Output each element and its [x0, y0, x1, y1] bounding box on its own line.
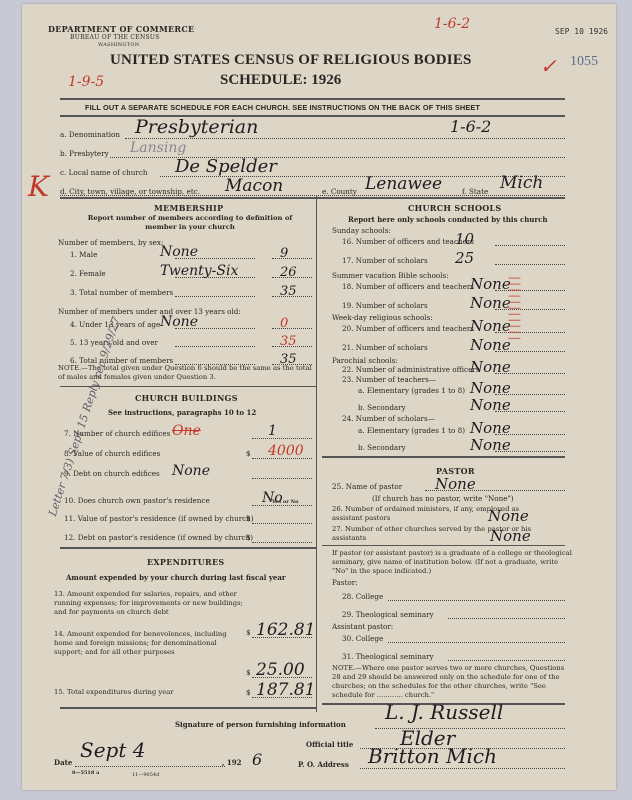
church-name-label: c. Local name of church [60, 168, 148, 177]
schedule-number-stamp: 1055 [570, 54, 598, 70]
assistant-college-field[interactable] [388, 642, 565, 643]
pastor-college-field[interactable] [388, 600, 565, 601]
expenditure-question-label: 13. Amount expended for salaries, repair… [54, 590, 244, 617]
school-answer-field[interactable]: None [470, 336, 511, 354]
instructions-banner: FILL OUT A SEPARATE SCHEDULE FOR EACH CH… [85, 103, 480, 112]
answer-line [272, 258, 312, 259]
school-question-label: 17. Number of scholars [342, 256, 428, 265]
expenditure-answer-field[interactable]: 162.81 [256, 620, 315, 640]
building-written-answer[interactable]: None [172, 463, 210, 479]
city-field[interactable]: Macon [225, 176, 283, 196]
address-label: P. O. Address [298, 760, 349, 769]
expenditure-answer-field[interactable]: 187.81 [256, 680, 315, 700]
denomination-field[interactable]: Presbyterian [135, 116, 258, 138]
school-question-label: a. Elementary (grades 1 to 8) [358, 426, 465, 435]
school-question-label: b. Secondary [358, 443, 406, 452]
dollar-sign: $ [246, 668, 251, 677]
assistant-pastors-field[interactable]: None [488, 507, 529, 525]
building-written-answer[interactable]: One [172, 423, 201, 439]
red-code-top: 1-6-2 [434, 16, 470, 32]
assistant-seminary-field[interactable] [448, 660, 565, 661]
schools-heading: CHURCH SCHOOLS [408, 203, 502, 213]
document-subtitle: SCHEDULE: 1926 [220, 72, 341, 89]
denomination-code: 1-6-2 [450, 117, 491, 136]
address-field[interactable]: Britton Mich [368, 744, 497, 768]
building-question-label: 9. Debt on church edifices [64, 469, 160, 479]
membership-subheading: Report number of members according to de… [76, 214, 304, 232]
membership-answer-field[interactable]: 26 [280, 265, 297, 280]
age-label: Number of members under and over 13 year… [58, 307, 241, 316]
buildings-subheading: See instructions, paragraphs 10 to 12 [108, 408, 256, 417]
expenditures-subheading: Amount expended by your church during la… [66, 573, 286, 582]
answer-line [272, 328, 312, 329]
buildings-heading: CHURCH BUILDINGS [135, 393, 238, 403]
county-field[interactable]: Lenawee [365, 174, 442, 194]
yes-no-hint: Yes or No [272, 499, 299, 505]
membership-answer-field[interactable]: 9 [280, 246, 288, 261]
membership-written-answer[interactable]: Twenty-Six [160, 263, 238, 279]
pastor-name-field[interactable]: None [435, 475, 476, 493]
dollar-sign: $ [246, 628, 251, 637]
q30-label: 30. College [342, 634, 383, 643]
building-question-label: 12. Debt on pastor's residence (if owned… [64, 533, 253, 543]
red-margin-mark: K [28, 170, 49, 203]
group-weekday: Week-day religious schools: [332, 313, 433, 322]
membership-heading: MEMBERSHIP [154, 203, 223, 213]
membership-written-answer[interactable]: None [160, 314, 198, 330]
dollar-sign: $ [246, 449, 251, 458]
other-churches-field[interactable]: None [490, 527, 531, 545]
assistant-pastor-label: Assistant pastor: [332, 622, 393, 631]
dollar-sign: $ [246, 688, 251, 697]
dollar-sign: $ [246, 533, 251, 542]
year-digit-field[interactable]: 6 [252, 750, 262, 769]
date-line [75, 766, 225, 767]
building-answer-field[interactable]: 1 [268, 423, 277, 439]
school-question-label: 20. Number of officers and teachers [342, 324, 474, 333]
answer-line [495, 245, 565, 246]
membership-answer-field[interactable]: 35 [280, 334, 297, 349]
question-line [175, 346, 255, 347]
school-question-label: 23. Number of teachers— [342, 375, 436, 384]
school-answer-field[interactable]: 25 [455, 249, 474, 267]
building-answer-field[interactable]: 4000 [268, 443, 304, 459]
school-question-label: 22. Number of administrative officers [342, 365, 479, 374]
school-answer-field[interactable]: None [470, 379, 511, 397]
form-code-1: 8—5518 a [72, 770, 99, 776]
pastor-note: NOTE.—Where one pastor serves two or mor… [332, 664, 572, 700]
address-line [360, 768, 565, 769]
date-field[interactable]: Sept 4 [80, 738, 145, 762]
q28-label: 28. College [342, 592, 383, 601]
signature-field[interactable]: L. J. Russell [385, 700, 503, 724]
divider [60, 197, 565, 199]
denomination-label: a. Denomination [60, 130, 120, 139]
membership-answer-field[interactable]: 35 [280, 284, 297, 299]
red-code-left: 1-9-5 [68, 74, 104, 90]
year-prefix: , 192 [222, 758, 242, 767]
school-answer-field[interactable]: None [470, 317, 511, 335]
pastor-label: Pastor: [332, 578, 358, 587]
membership-answer-field[interactable]: 0 [280, 316, 288, 331]
answer-line [252, 542, 312, 543]
divider [322, 545, 565, 546]
school-question-label: 24. Number of scholars— [342, 414, 435, 423]
bureau-name: BUREAU OF THE CENSUS [70, 34, 160, 41]
signature-label: Signature of person furnishing informati… [175, 720, 346, 729]
school-question-label: 19. Number of scholars [342, 301, 428, 310]
school-answer-field[interactable]: None [470, 275, 511, 293]
q29-label: 29. Theological seminary [342, 610, 434, 619]
presbytery-field[interactable]: Lansing [130, 140, 186, 156]
answer-line [495, 264, 565, 265]
expenditure-answer-field[interactable]: 25.00 [256, 660, 305, 680]
divider [60, 98, 565, 100]
received-date-stamp: SEP 10 1926 [555, 27, 608, 36]
by-sex-label: Number of members, by sex: [58, 238, 163, 247]
q31-label: 31. Theological seminary [342, 652, 434, 661]
school-question-label: b. Secondary [358, 403, 406, 412]
department-name: DEPARTMENT OF COMMERCE [48, 24, 194, 34]
school-question-label: 18. Number of officers and teachers [342, 282, 474, 291]
expenditures-heading: EXPENDITURES [147, 557, 224, 567]
divider [60, 547, 316, 549]
school-answer-field[interactable]: None [470, 436, 511, 454]
graduate-note: If pastor (or assistant pastor) is a gra… [332, 549, 572, 576]
dollar-sign: $ [246, 514, 251, 523]
answer-line [252, 438, 312, 439]
group-summer: Summer vacation Bible schools: [332, 271, 449, 280]
divider [60, 707, 316, 709]
building-question-label: 10. Does church own pastor's residence [64, 496, 210, 506]
state-field[interactable]: Mich [500, 173, 543, 193]
question-line [175, 296, 255, 297]
school-answer-field[interactable]: 10 [455, 230, 474, 248]
school-answer-field[interactable]: None [470, 358, 511, 376]
group-sunday: Sunday schools: [332, 226, 391, 235]
q25-label: 25. Name of pastor [332, 482, 402, 491]
membership-question-label: 3. Total number of members [70, 288, 173, 297]
answer-line [252, 478, 312, 479]
expenditure-question-label: 14. Amount expended for benevolences, in… [54, 630, 244, 657]
column-divider [316, 196, 317, 712]
denomination-line [125, 138, 565, 139]
school-answer-field[interactable]: None [470, 294, 511, 312]
pastor-seminary-field[interactable] [448, 618, 565, 619]
membership-question-label: 2. Female [70, 269, 106, 278]
school-answer-field[interactable]: None [470, 396, 511, 414]
membership-question-label: 1. Male [70, 250, 97, 259]
red-bracket-line: │││││││││││ [508, 275, 518, 341]
group-parochial: Parochial schools: [332, 356, 398, 365]
date-label: Date [54, 758, 72, 767]
schools-subheading: Report here only schools conducted by th… [348, 215, 547, 224]
official-title-label: Official title [306, 740, 353, 749]
building-question-label: 11. Value of pastor's residence (if owne… [64, 514, 254, 524]
q25-hint: (If church has no pastor, write "None") [372, 494, 514, 503]
school-question-label: a. Elementary (grades 1 to 8) [358, 386, 465, 395]
answer-line [252, 523, 312, 524]
presbytery-label: b. Presbytery [60, 149, 109, 158]
check-mark-icon: ✓ [540, 54, 557, 78]
school-question-label: 21. Number of scholars [342, 343, 428, 352]
school-answer-field[interactable]: None [470, 419, 511, 437]
form-code-2: 11—9054d [132, 772, 159, 778]
divider [322, 456, 565, 458]
expenditure-question-label: 15. Total expenditures during year [54, 688, 244, 697]
city-line [60, 195, 565, 196]
bureau-city: WASHINGTON [98, 42, 139, 48]
membership-written-answer[interactable]: None [160, 244, 198, 260]
church-name-field[interactable]: De Spelder [175, 156, 277, 177]
document-title: UNITED STATES CENSUS OF RELIGIOUS BODIES [110, 52, 472, 69]
